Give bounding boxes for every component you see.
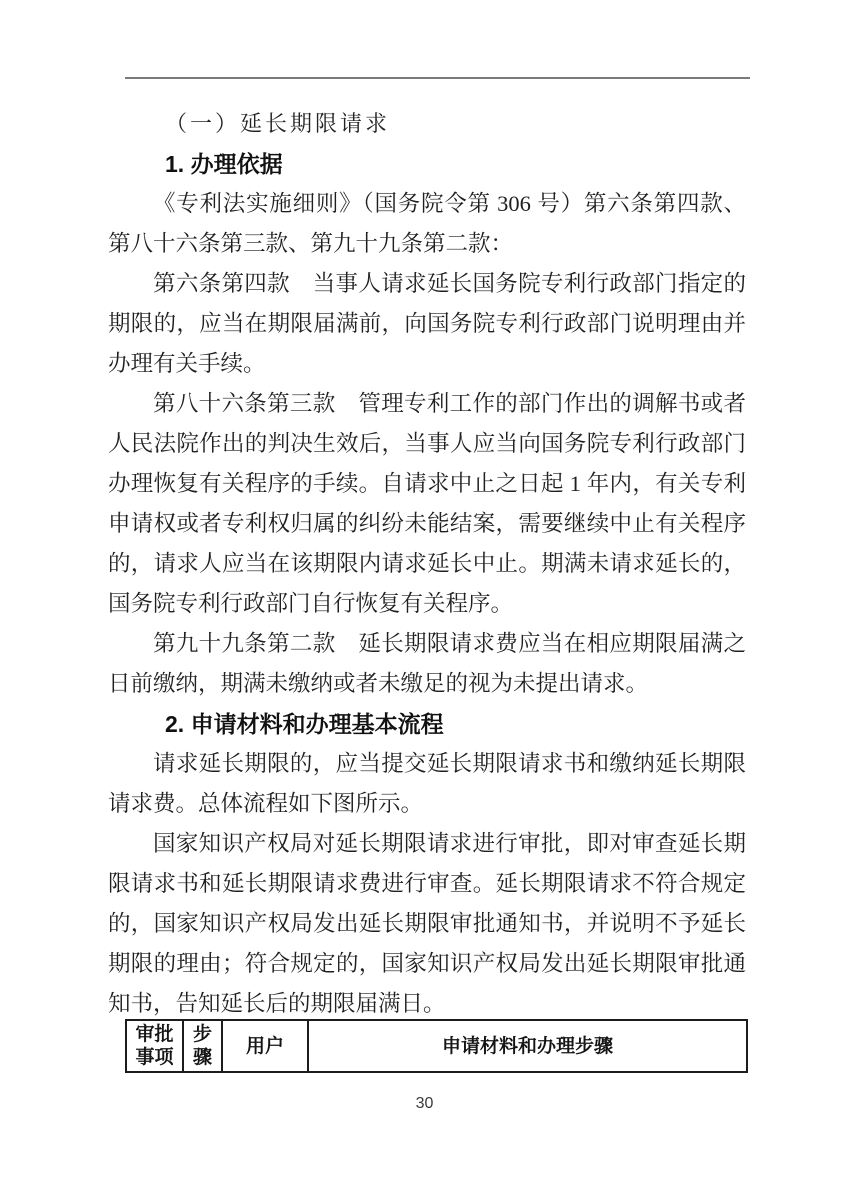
paragraph-article99-clause2: 第九十九条第二款 延长期限请求费应当在相应期限届满之日前缴纳，期满未缴纳或者未缴… [108,624,746,704]
paragraph-approval-process: 国家知识产权局对延长期限请求进行审批，即对审查延长期限请求书和延长期限请求费进行… [108,824,746,1024]
paragraph-materials-intro: 请求延长期限的，应当提交延长期限请求书和缴纳延长期限请求费。总体流程如下图所示。 [108,744,746,824]
table-header-step: 步骤 [183,1020,222,1072]
table-header-user: 用户 [222,1020,308,1072]
page-number: 30 [0,1095,849,1113]
heading-materials: 2. 申请材料和办理基本流程 [108,704,746,744]
approval-steps-table: 审批事项 步骤 用户 申请材料和办理步骤 [125,1019,748,1073]
paragraph-article86-clause3: 第八十六条第三款 管理专利工作的部门作出的调解书或者人民法院作出的判决生效后，当… [108,384,746,624]
paragraph-legal-basis-list: 《专利法实施细则》（国务院令第 306 号）第六条第四款、第八十六条第三款、第九… [108,184,746,264]
document-page: （一）延长期限请求 1. 办理依据 《专利法实施细则》（国务院令第 306 号）… [0,0,849,1200]
paragraph-article6-clause4: 第六条第四款 当事人请求延长国务院专利行政部门指定的期限的，应当在期限届满前，向… [108,264,746,384]
header-rule [125,77,750,79]
page-content: （一）延长期限请求 1. 办理依据 《专利法实施细则》（国务院令第 306 号）… [108,104,746,1024]
table-header-materials-steps: 申请材料和办理步骤 [308,1020,747,1072]
section-heading: （一）延长期限请求 [108,104,746,144]
heading-basis: 1. 办理依据 [108,144,746,184]
table-header-row: 审批事项 步骤 用户 申请材料和办理步骤 [126,1020,747,1072]
table-header-approval-item: 审批事项 [126,1020,183,1072]
